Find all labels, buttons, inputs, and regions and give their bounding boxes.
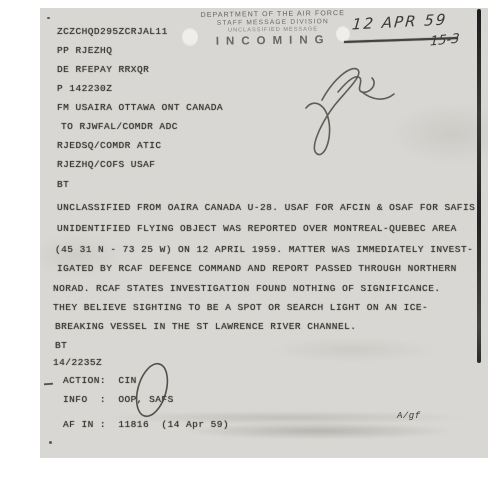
message-line: BREAKING VESSEL IN THE ST LAWRENCE RIVER… — [55, 321, 356, 332]
message-line: IGATED BY RCAF DEFENCE COMMAND AND REPOR… — [57, 263, 457, 274]
ink-speck — [47, 17, 50, 19]
message-line: AF IN : 11816 (14 Apr 59) — [63, 419, 229, 430]
message-line: ZCZCHQD295ZCRJAL11 — [57, 26, 168, 37]
message-line: BT — [57, 179, 69, 190]
message-line: FM USAIRA OTTAWA ONT CANADA — [57, 102, 223, 113]
message-line: INFO : OOP, SAFS — [63, 394, 174, 405]
message-line: UNIDENTIFIED FLYING OBJECT WAS REPORTED … — [57, 223, 457, 234]
message-line: BT — [55, 340, 67, 351]
scanned-telegram-page: { "page": { "stamp": { "line1": "DEPARTM… — [0, 0, 500, 479]
message-line: RJEZHQ/COFS USAF — [57, 159, 155, 170]
message-line: PP RJEZHQ — [57, 45, 112, 56]
message-line: DE RFEPAY RRXQR — [57, 64, 149, 75]
clerk-initials: A/gf — [397, 411, 421, 421]
handwritten-routing-number: 15-3 — [430, 31, 460, 49]
stamp-line-incoming: INCOMING — [192, 34, 354, 48]
message-line: UNCLASSIFIED FROM OAIRA CANADA U-28. USA… — [57, 202, 481, 213]
message-line: (45 31 N - 73 25 W) ON 12 APRIL 1959. MA… — [55, 244, 473, 255]
message-line: RJEDSQ/COMDR ATIC — [57, 140, 162, 151]
message-line: 14/2235Z — [53, 357, 102, 368]
message-line: P 142230Z — [57, 83, 112, 94]
message-line: NORAD. RCAF STATES INVESTIGATION FOUND N… — [53, 283, 441, 294]
scan-edge-artifact — [477, 9, 481, 363]
ink-speck — [49, 441, 52, 444]
message-line: TO RJWFAL/COMDR ADC — [61, 121, 178, 132]
message-line: THEY BELIEVE SIGHTING TO BE A SPOT OR SE… — [53, 302, 428, 313]
message-line: ACTION: CIN — [63, 375, 137, 386]
stamp-line-unclassified: UNCLASSIFIED MESSAGE — [192, 26, 354, 34]
incoming-stamp: DEPARTMENT OF THE AIR FORCE STAFF MESSAG… — [192, 10, 354, 48]
